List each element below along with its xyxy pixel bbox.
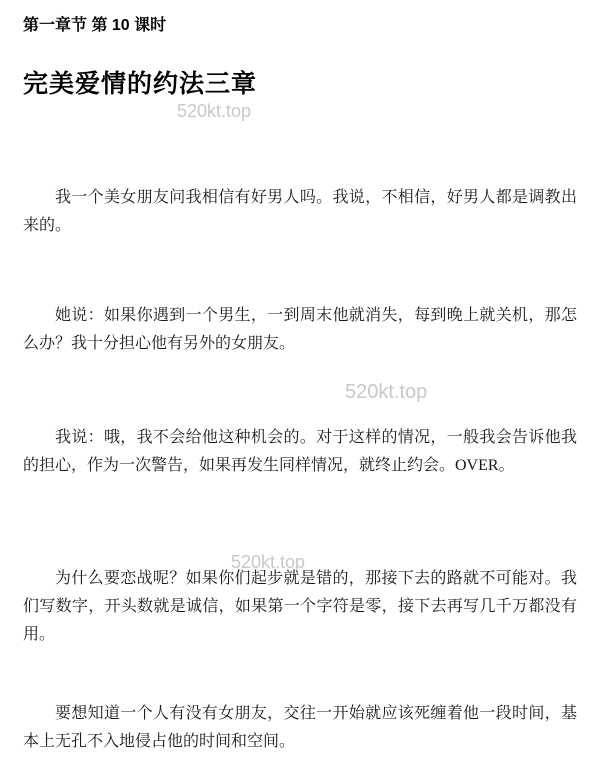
page-title: 完美爱情的约法三章 xyxy=(23,68,577,100)
paragraph: 她说：如果你遇到一个男生，一到周末他就消失，每到晚上就关机，那怎么办？我十分担心… xyxy=(23,302,577,358)
paragraph: 要想知道一个人有没有女朋友，交往一开始就应该死缠着他一段时间，基本上无孔不入地侵… xyxy=(23,700,577,756)
paragraph: 为什么要恋战呢？如果你们起步就是错的，那接下去的路就不可能对。我们写数字，开头数… xyxy=(23,565,577,649)
paragraph: 我说：哦，我不会给他这种机会的。对于这样的情况，一般我会告诉他我的担心，作为一次… xyxy=(23,424,577,480)
document-page: 520kt.top 520kt.top 520kt.top 第一章节 第 10 … xyxy=(0,0,600,772)
document-content: 第一章节 第 10 课时 完美爱情的约法三章 我一个美女朋友问我相信有好男人吗。… xyxy=(0,16,600,756)
chapter-heading: 第一章节 第 10 课时 xyxy=(23,16,577,36)
paragraph: 我一个美女朋友问我相信有好男人吗。我说，不相信，好男人都是调教出来的。 xyxy=(23,184,577,240)
